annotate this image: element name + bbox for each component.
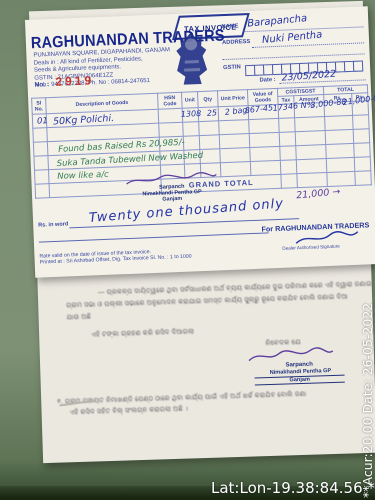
blank-line: [39, 232, 269, 242]
grand-total-value: 21,000 →: [296, 186, 341, 201]
name-label: NAME: [221, 23, 238, 30]
invoice-no-label: No. :: [34, 81, 49, 89]
row1-hsn: 1308: [181, 109, 202, 119]
note-line-3: Now like a/c: [57, 170, 109, 182]
row1-unit: 25: [207, 108, 218, 117]
authorised-signature-label: Dealer Authorised Signature: [282, 244, 340, 251]
rs-in-word-label: Rs. in word: [38, 221, 68, 228]
gps-date-overlay: **Acur:20.00 Date: 26-05-2022: [360, 303, 375, 498]
photo-background: — ପ୍ରକଳ୍ପ ଦାୟିତ୍ୱରେ ଥିବା ସର୍ବସାଧାରଣ ଅର୍ଥ…: [0, 0, 375, 500]
address-label: ADDRESS: [222, 39, 251, 46]
col-qty: Qty: [197, 91, 218, 108]
odia-para-3: ଯାଉ ଅଛି: [67, 314, 92, 323]
gps-latlon-overlay: Lat:Lon-19.38:84.56 **: [211, 479, 375, 497]
row1-sl: 01: [37, 116, 48, 126]
odia-footer-2: ଏହି ରସିଦ ସହିତ ବିଲ୍ ସଂଲଗ୍ନ କରାଗଲା ଅଛି ।: [70, 406, 189, 418]
col-hsn: HSN Code: [158, 92, 183, 109]
name-value: Barapancha: [247, 13, 308, 29]
gstin-label: GSTIN: [223, 64, 241, 71]
col-sl: Sl No.: [32, 98, 47, 115]
deity-emblem-icon: [168, 29, 216, 87]
odia-short-line: ଏହି ଟଙ୍କା ଗ୍ରହଣ କରି ରସିଦ ଦିଆଗଲା: [91, 328, 194, 339]
invoice-no-value: 2919: [55, 73, 94, 89]
letter-stamp-line3: Ganjam: [255, 375, 345, 386]
date-label: Date :: [259, 77, 275, 84]
col-unit: Unit: [181, 92, 198, 109]
invoice-paper: TAX INVOICE RAGHUNANDAN TRADERS PUNJINAY…: [25, 6, 375, 278]
col-unit-price: Unit Price: [217, 90, 248, 107]
